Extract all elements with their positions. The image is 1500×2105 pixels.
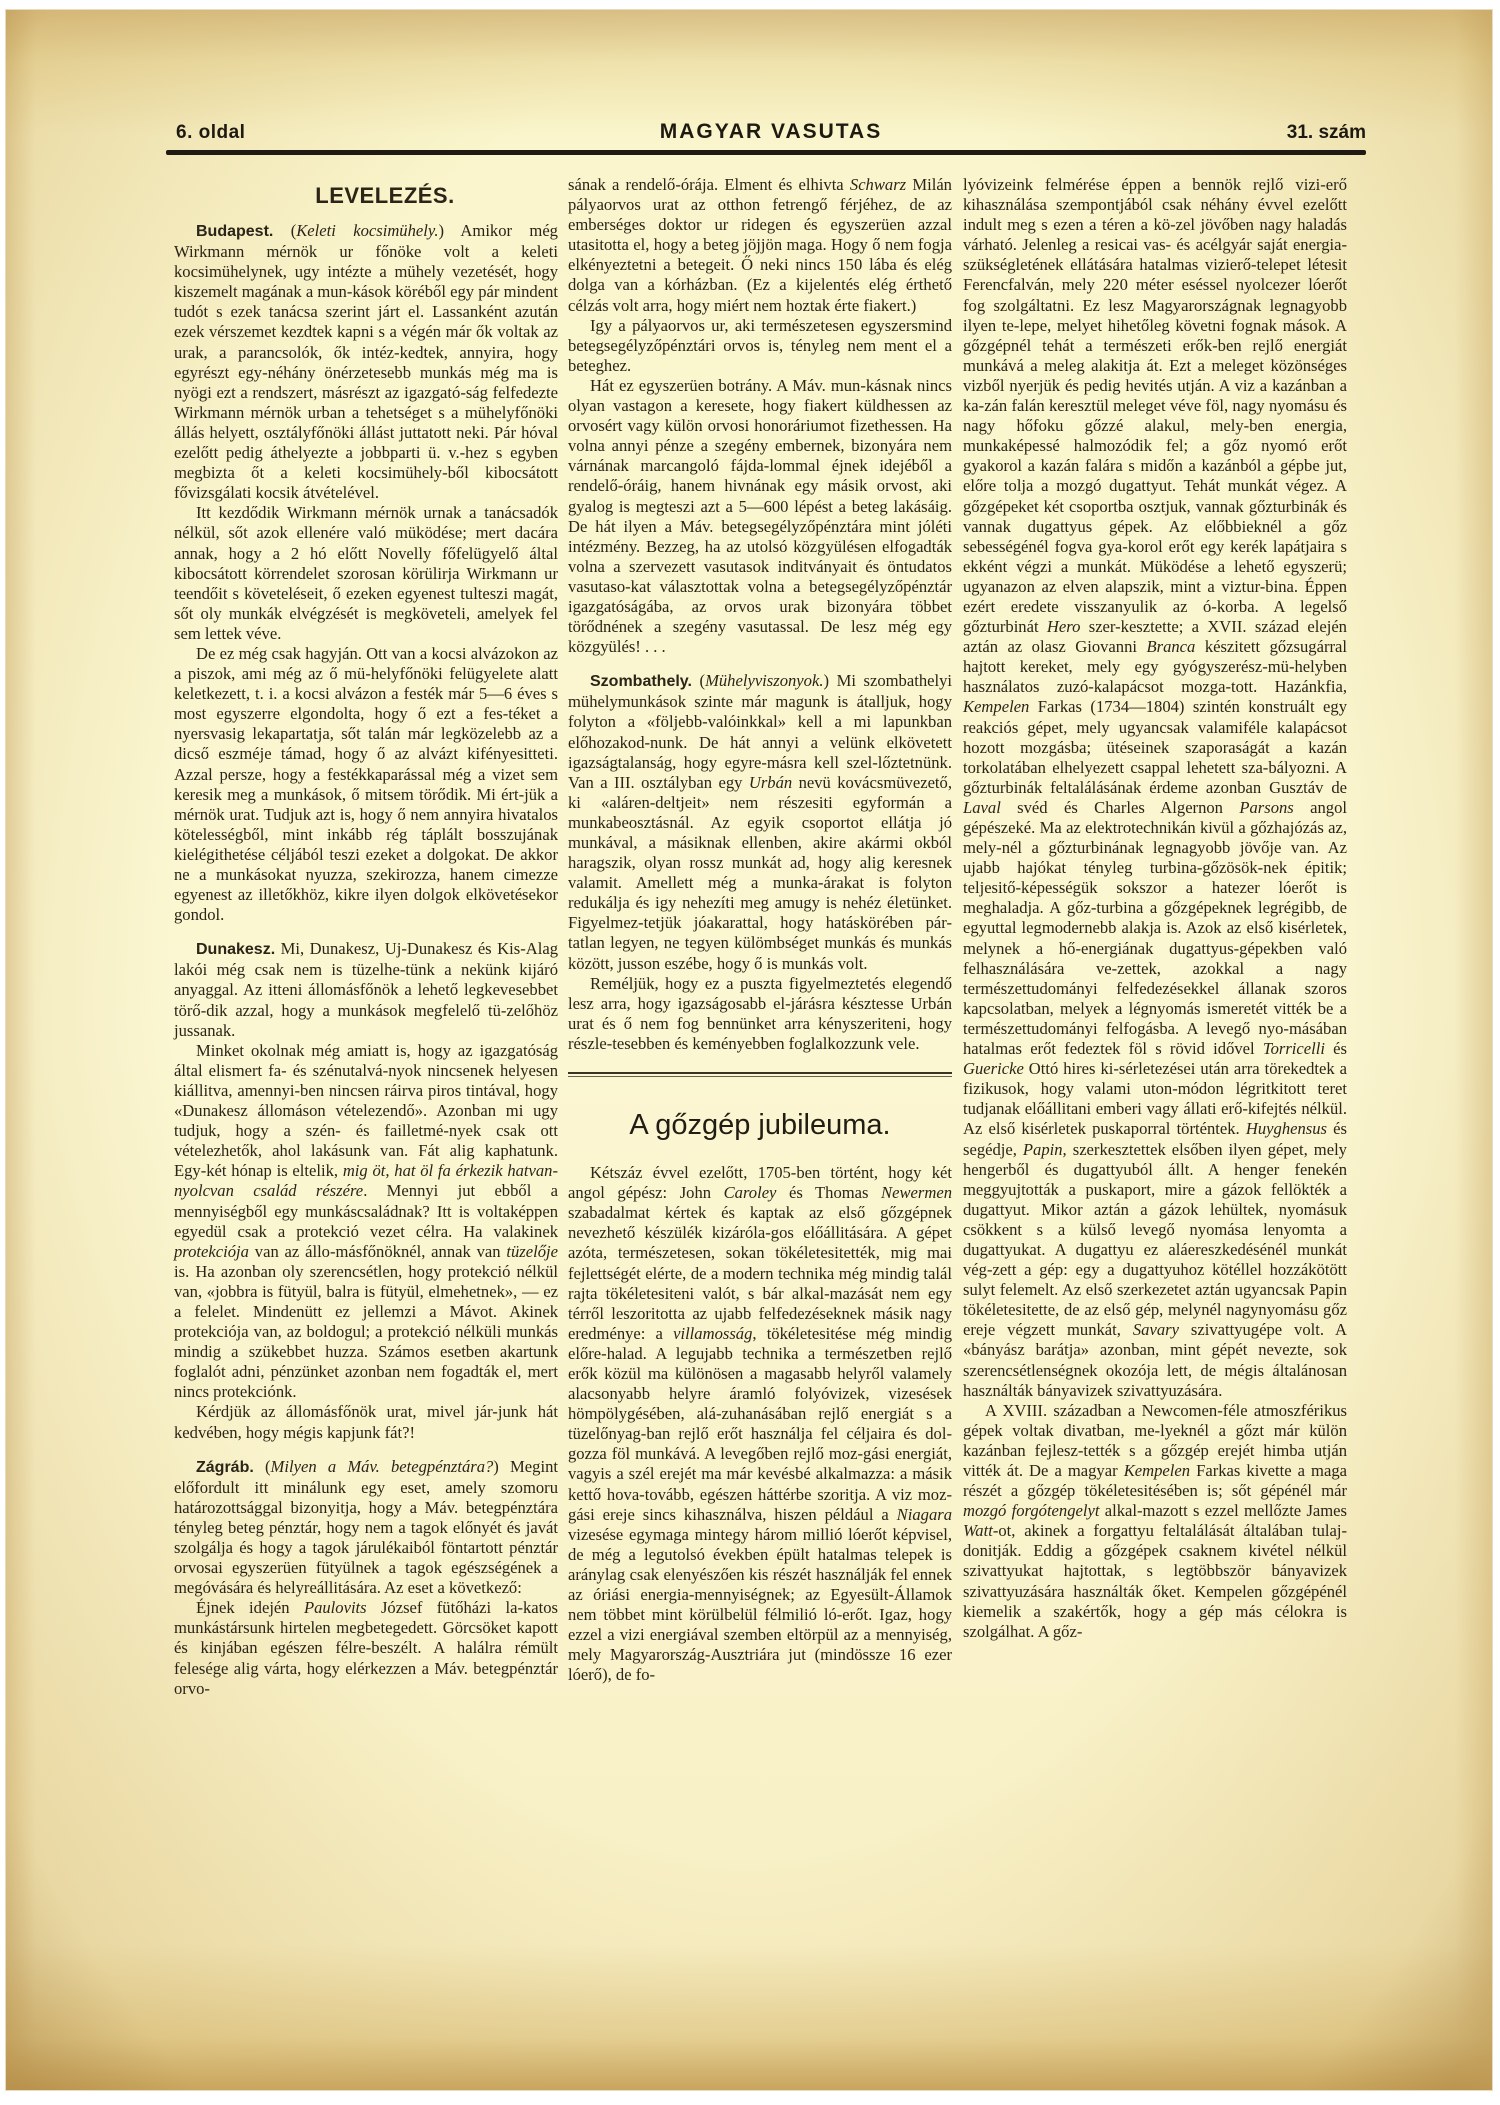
emphasis: Branca	[1146, 637, 1195, 656]
text-run: és Thomas	[776, 1183, 881, 1202]
paragraph: Szombathely. (Mühelyviszonyok.) Mi szomb…	[568, 671, 952, 973]
header-rule	[166, 150, 1366, 155]
emphasis: Keleti kocsimühely.	[296, 221, 438, 240]
dateline: Szombathely.	[590, 673, 692, 690]
emphasis: Newermen	[881, 1183, 952, 1202]
paragraph: Kétszáz évvel ezelőtt, 1705-ben történt,…	[568, 1163, 952, 1685]
emphasis: Niagara	[897, 1505, 952, 1524]
text-run: Reméljük, hogy ez a puszta figyelmezteté…	[568, 974, 952, 1053]
dateline: Dunakesz.	[196, 941, 275, 958]
text-run: van az állo-másfőnöknél, annak van	[249, 1242, 506, 1261]
emphasis: Kempelen	[963, 697, 1029, 716]
emphasis: Milyen a Máv. betegpénztára?	[271, 1457, 494, 1476]
paragraph: Minket okolnak még amiatt is, hogy az ig…	[174, 1041, 558, 1403]
article-title: A gőzgép jubileuma.	[568, 1105, 952, 1145]
paragraph: sának a rendelő-órája. Elment és elhivta…	[568, 175, 952, 316]
text-run: angol gépészeké. Ma az elektrotechnikán …	[963, 798, 1347, 1058]
text-run: vizesése egymaga mintegy három millió ló…	[568, 1525, 952, 1685]
paragraph: Kérdjük az állomásfőnök urat, mivel jár-…	[174, 1402, 558, 1442]
emphasis: Savary	[1133, 1320, 1179, 1339]
newspaper-page: 6. oldal MAGYAR VASUTAS 31. szám LEVELEZ…	[6, 10, 1492, 2090]
text-run: svéd és Charles Algernon	[1001, 798, 1240, 817]
text-run: ) Megint előfordult itt minálunk egy ese…	[174, 1457, 558, 1598]
text-run: szabadalmat kértek és kaptak az első gőz…	[568, 1203, 952, 1343]
text-run: Hát ez egyszerüen botrány. A Máv. mun-ká…	[568, 376, 952, 656]
emphasis: Caroley	[724, 1183, 777, 1202]
paragraph: Reméljük, hogy ez a puszta figyelmezteté…	[568, 974, 952, 1054]
emphasis: Schwarz	[850, 175, 906, 194]
column-3: lyóvizeink felmérése éppen a bennök rejl…	[963, 175, 1347, 1642]
text-run: Itt kezdődik Wirkmann mérnök urnak a tan…	[174, 503, 558, 643]
column-1: LEVELEZÉS.Budapest. (Keleti kocsimühely.…	[174, 175, 558, 1699]
emphasis: mozgó forgótengelyt	[963, 1501, 1099, 1520]
text-run: alkal-mazott s ezzel mellőzte James	[1099, 1501, 1347, 1520]
text-run: sának a rendelő-órája. Elment és elhivta	[568, 175, 850, 194]
dateline: Budapest.	[196, 223, 273, 240]
text-run: Kérdjük az állomásfőnök urat, mivel jár-…	[174, 1402, 558, 1441]
emphasis: Watt	[963, 1521, 993, 1540]
paragraph: Dunakesz. Mi, Dunakesz, Uj-Dunakesz és K…	[174, 939, 558, 1040]
text-run: és	[1325, 1039, 1347, 1058]
text-run: (	[273, 221, 296, 240]
text-run: ) Amikor még Wirkmann mérnök ur főnöke v…	[174, 221, 558, 502]
paragraph: A XVIII. században a Newcomen-féle atmos…	[963, 1401, 1347, 1642]
emphasis: Torricelli	[1263, 1039, 1325, 1058]
issue-number: 31. szám	[1287, 122, 1366, 144]
masthead-title: MAGYAR VASUTAS	[176, 120, 1366, 144]
text-run: lyóvizeink felmérése éppen a bennök rejl…	[963, 175, 1347, 636]
paragraph: lyóvizeink felmérése éppen a bennök rejl…	[963, 175, 1347, 1401]
paragraph: De ez még csak hagyján. Ott van a kocsi …	[174, 644, 558, 925]
text-run: (	[692, 671, 705, 690]
text-run: Éjnek idején	[196, 1598, 304, 1617]
text-run: Milán pályaorvos urat az otthon fetrengő…	[568, 175, 952, 315]
paragraph: Igy a pályaorvos ur, aki természetesen e…	[568, 316, 952, 376]
emphasis: protekciója	[174, 1242, 249, 1261]
dateline: Zágráb.	[196, 1459, 254, 1476]
text-run: Igy a pályaorvos ur, aki természetesen e…	[568, 316, 952, 375]
emphasis: Papin,	[1023, 1140, 1067, 1159]
emphasis: Parsons	[1239, 798, 1293, 817]
emphasis: Kempelen	[1124, 1461, 1190, 1480]
paragraph: Hát ez egyszerüen botrány. A Máv. mun-ká…	[568, 376, 952, 657]
article-divider	[568, 1072, 952, 1077]
text-run: (	[254, 1457, 271, 1476]
emphasis: Hero	[1047, 617, 1081, 636]
text-run: Minket okolnak még amiatt is, hogy az ig…	[174, 1041, 558, 1181]
text-run: , tökéletesitése még mindig előre-halad.…	[568, 1324, 952, 1524]
emphasis: Mühelyviszonyok.	[705, 671, 823, 690]
emphasis: Guericke	[963, 1059, 1024, 1078]
emphasis: Paulovits	[304, 1598, 367, 1617]
section-title: LEVELEZÉS.	[212, 181, 558, 211]
text-run: szerkesztettek elsőben ilyen gépet, mely…	[963, 1140, 1347, 1340]
text-run: -ot, akinek a forgattyu feltalálását ált…	[963, 1521, 1347, 1640]
paragraph: Éjnek idején Paulovits József fütőházi l…	[174, 1598, 558, 1698]
paragraph: Itt kezdődik Wirkmann mérnök urnak a tan…	[174, 503, 558, 644]
paragraph: Zágráb. (Milyen a Máv. betegpénztára?) M…	[174, 1457, 558, 1599]
emphasis: Urbán	[749, 773, 792, 792]
emphasis: Laval	[963, 798, 1001, 817]
paragraph: Budapest. (Keleti kocsimühely.) Amikor m…	[174, 221, 558, 503]
text-run: De ez még csak hagyján. Ott van a kocsi …	[174, 644, 558, 924]
emphasis: villamosság	[673, 1324, 752, 1343]
emphasis: tüzelője	[506, 1242, 558, 1261]
emphasis: Huyghensus	[1246, 1119, 1327, 1138]
text-run: is. Ha azonban oly szerencsétlen, hogy p…	[174, 1262, 558, 1402]
column-2: sának a rendelő-órája. Elment és elhivta…	[568, 175, 952, 1685]
page-header: 6. oldal MAGYAR VASUTAS 31. szám	[176, 112, 1366, 152]
text-run: nevü kovácsmüvezető, ki «aláren-deltjeit…	[568, 773, 952, 973]
